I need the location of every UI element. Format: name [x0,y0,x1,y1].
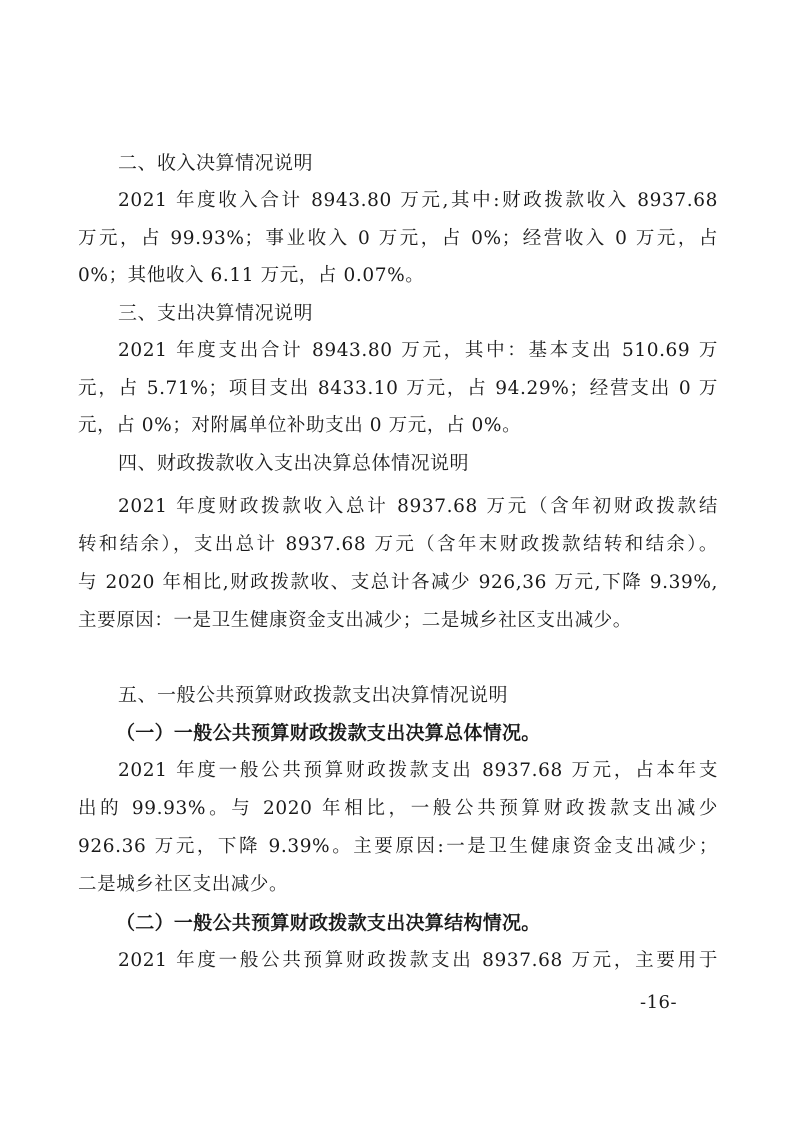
paragraph-line: 926.36 万元，下降 9.39%。主要原因:一是卫生健康资金支出减少； [78,834,718,860]
paragraph-line: 0%；其他收入 6.11 万元，占 0.07%。 [78,263,718,289]
section-heading-fiscal-overview: 四、财政拨款收入支出决算总体情况说明 [118,450,718,476]
paragraph-line: 二是城乡社区支出减少。 [78,872,718,898]
paragraph-line: 元，占 0%；对附属单位补助支出 0 万元，占 0%。 [78,413,718,439]
page-number: -16- [640,992,677,1013]
paragraph-line: 万元，占 99.93%；事业收入 0 万元，占 0%；经营收入 0 万元，占 [78,226,718,252]
paragraph-line: 元，占 5.71%；项目支出 8433.10 万元，占 94.29%；经营支出 … [78,376,718,402]
subsection-heading-overall: （一）一般公共预算财政拨款支出决算总体情况。 [116,720,756,746]
paragraph-line: 2021 年度财政拨款收入总计 8937.68 万元（含年初财政拨款结 [118,494,718,520]
paragraph-line: 2021 年度收入合计 8943.80 万元,其中:财政拨款收入 8937.68 [118,188,718,214]
paragraph-line: 出的 99.93%。与 2020 年相比，一般公共预算财政拨款支出减少 [78,796,718,822]
section-heading-expenditure: 三、支出决算情况说明 [118,300,718,326]
paragraph-line: 2021 年度一般公共预算财政拨款支出 8937.68 万元，占本年支 [118,758,718,784]
subsection-heading-structure: （二）一般公共预算财政拨款支出决算结构情况。 [116,910,756,936]
section-heading-income: 二、收入决算情况说明 [118,150,718,176]
paragraph-line: 与 2020 年相比,财政拨款收、支总计各减少 926,36 万元,下降 9.3… [78,570,718,596]
paragraph-line: 2021 年度支出合计 8943.80 万元，其中：基本支出 510.69 万 [118,338,718,364]
section-heading-general-budget: 五、一般公共预算财政拨款支出决算情况说明 [118,682,718,708]
paragraph-line: 主要原因：一是卫生健康资金支出减少；二是城乡社区支出减少。 [78,608,718,634]
paragraph-line: 2021 年度一般公共预算财政拨款支出 8937.68 万元，主要用于 [118,948,718,974]
paragraph-line: 转和结余），支出总计 8937.68 万元（含年末财政拨款结转和结余）。 [78,532,718,558]
document-page: 二、收入决算情况说明 2021 年度收入合计 8943.80 万元,其中:财政拨… [0,0,793,1122]
